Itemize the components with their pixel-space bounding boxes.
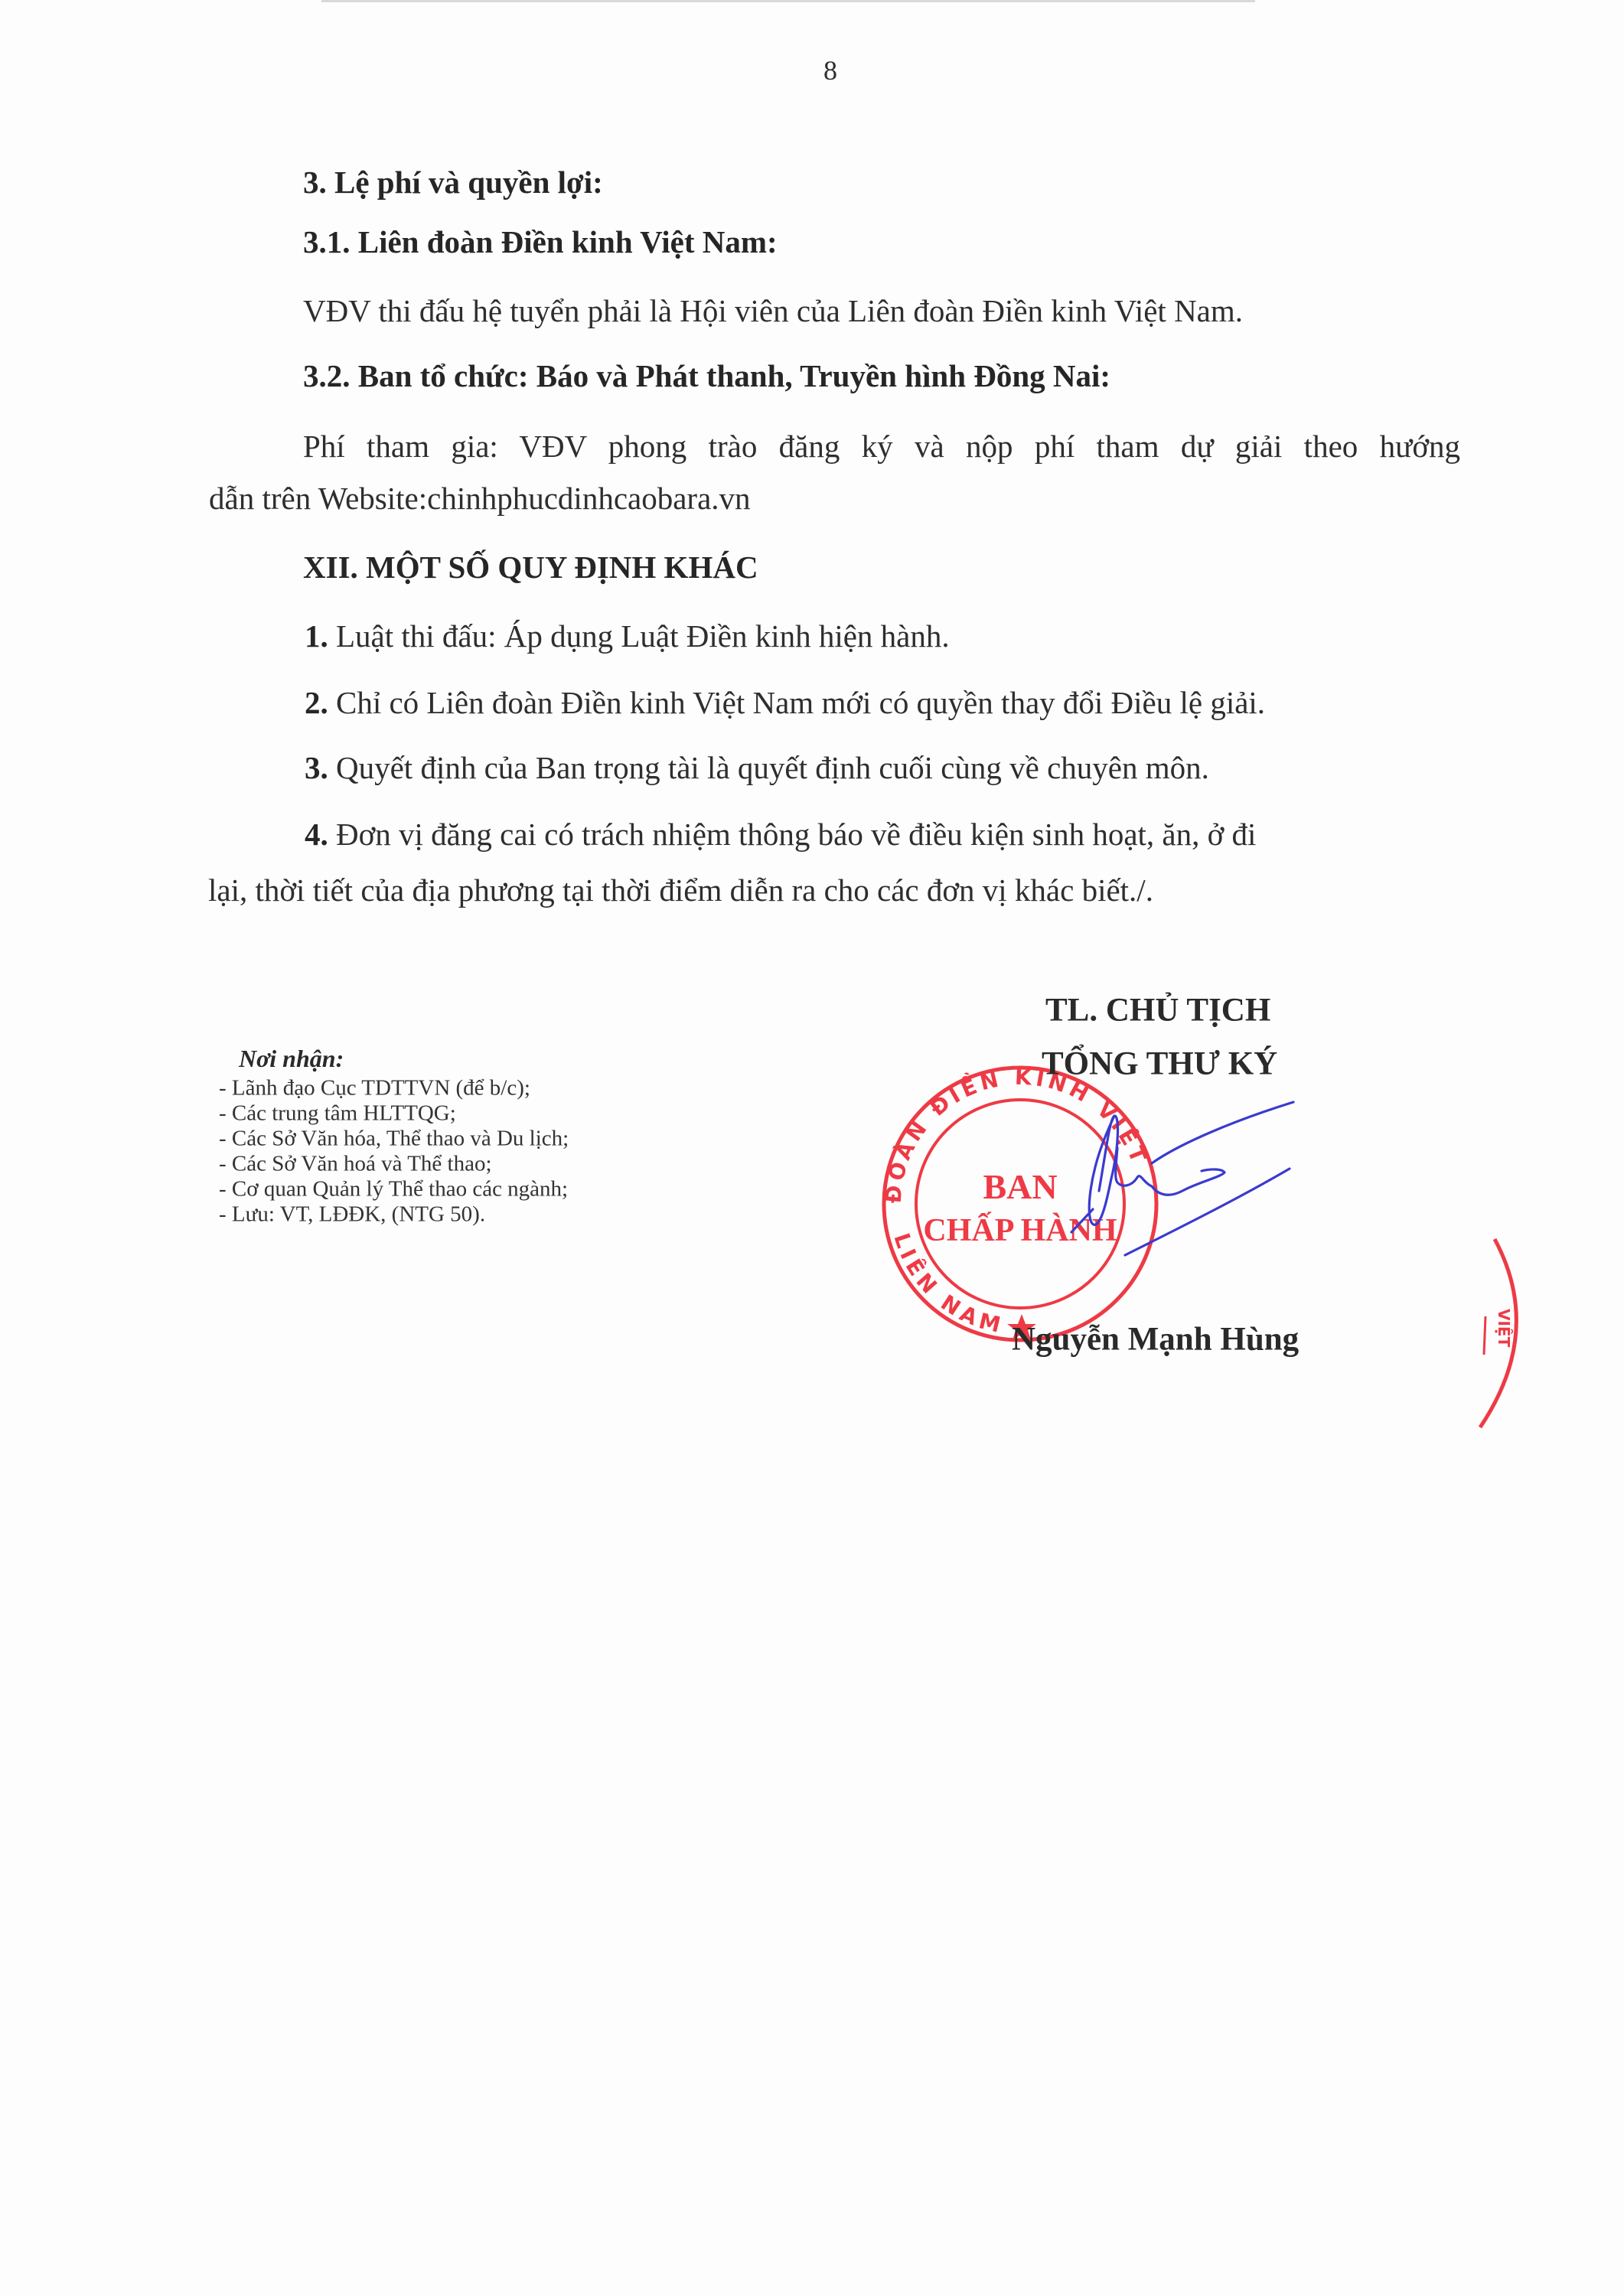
rule-item: 1. Luật thi đấu: Áp dụng Luật Điền kinh … bbox=[305, 621, 950, 652]
rule-item: 2. Chỉ có Liên đoàn Điền kinh Việt Nam m… bbox=[305, 687, 1265, 719]
rule-text: Luật thi đấu: Áp dụng Luật Điền kinh hiệ… bbox=[328, 618, 950, 654]
signer-name: Nguyễn Mạnh Hùng bbox=[1012, 1322, 1299, 1355]
federation-text: VĐV thi đấu hệ tuyển phải là Hội viên củ… bbox=[303, 295, 1243, 327]
fees-heading: 3. Lệ phí và quyền lợi: bbox=[303, 167, 603, 198]
scan-edge bbox=[321, 0, 1255, 2]
recipient-item: - Cơ quan Quản lý Thể thao các ngành; bbox=[219, 1178, 568, 1200]
rule-item: 3. Quyết định của Ban trọng tài là quyết… bbox=[305, 752, 1209, 784]
seal-center-line1: BAN bbox=[983, 1167, 1057, 1206]
seal-ring-top: ĐIỀN bbox=[925, 1066, 1005, 1121]
recipient-item: - Lưu: VT, LĐĐK, (NTG 50). bbox=[219, 1203, 485, 1225]
seal-center-line2: CHẤP HÀNH bbox=[923, 1212, 1117, 1248]
rule-number: 4. bbox=[305, 817, 328, 852]
recipient-item: - Các Sở Văn hóa, Thể thao và Du lịch; bbox=[219, 1127, 569, 1150]
seal-ring-bottom-left: LIÊN bbox=[889, 1230, 944, 1302]
organizer-text-line1: Phí tham gia: VĐV phong trào đăng ký và … bbox=[303, 431, 1460, 462]
rule-text: Đơn vị đăng cai có trách nhiệm thông báo… bbox=[328, 817, 1257, 852]
organizer-text-line2: dẫn trên Website:chinhphucdinhcaobara.vn bbox=[209, 483, 751, 514]
signature-title-line1: TL. CHỦ TỊCH bbox=[1045, 993, 1270, 1026]
page-number: 8 bbox=[823, 57, 837, 84]
seal-ring-bottom-text: LIÊN NAM bbox=[889, 1230, 1007, 1339]
rule-text: Chỉ có Liên đoàn Điền kinh Việt Nam mới … bbox=[328, 685, 1265, 720]
rule-text: Quyết định của Ban trọng tài là quyết đị… bbox=[328, 750, 1209, 785]
rule-item: 4. Đơn vị đăng cai có trách nhiệm thông … bbox=[305, 819, 1256, 850]
organizer-heading: 3.2. Ban tổ chức: Báo và Phát thanh, Tru… bbox=[303, 360, 1110, 392]
recipient-item: - Các trung tâm HLTTQG; bbox=[219, 1102, 456, 1124]
partial-seal-text: VIỆT bbox=[1495, 1309, 1513, 1348]
rule-number: 1. bbox=[305, 618, 328, 654]
seal-ring-left: ĐOÀN bbox=[880, 1114, 934, 1205]
federation-heading: 3.1. Liên đoàn Điền kinh Việt Nam: bbox=[303, 227, 778, 258]
seal-ring-right: VIỆT bbox=[1092, 1097, 1153, 1169]
recipients-title: Nơi nhận: bbox=[239, 1046, 344, 1071]
signature-title-line2: TỔNG THƯ KÝ bbox=[1042, 1047, 1277, 1080]
recipient-item: - Lãnh đạo Cục TDTTVN (để b/c); bbox=[219, 1077, 530, 1099]
seal-ring-bottom-right: NAM bbox=[936, 1290, 1007, 1339]
rule-continuation: lại, thời tiết của địa phương tại thời đ… bbox=[208, 875, 1153, 906]
seal-ring-top-text: ĐOÀN ĐIỀN KINH VIỆT bbox=[880, 1065, 1153, 1205]
other-rules-heading: XII. MỘT SỐ QUY ĐỊNH KHÁC bbox=[303, 552, 758, 583]
rule-number: 3. bbox=[305, 750, 328, 785]
document-page: 8 3. Lệ phí và quyền lợi: 3.1. Liên đoàn… bbox=[0, 0, 1624, 2296]
rule-number: 2. bbox=[305, 685, 328, 720]
recipient-item: - Các Sở Văn hoá và Thể thao; bbox=[219, 1153, 492, 1175]
